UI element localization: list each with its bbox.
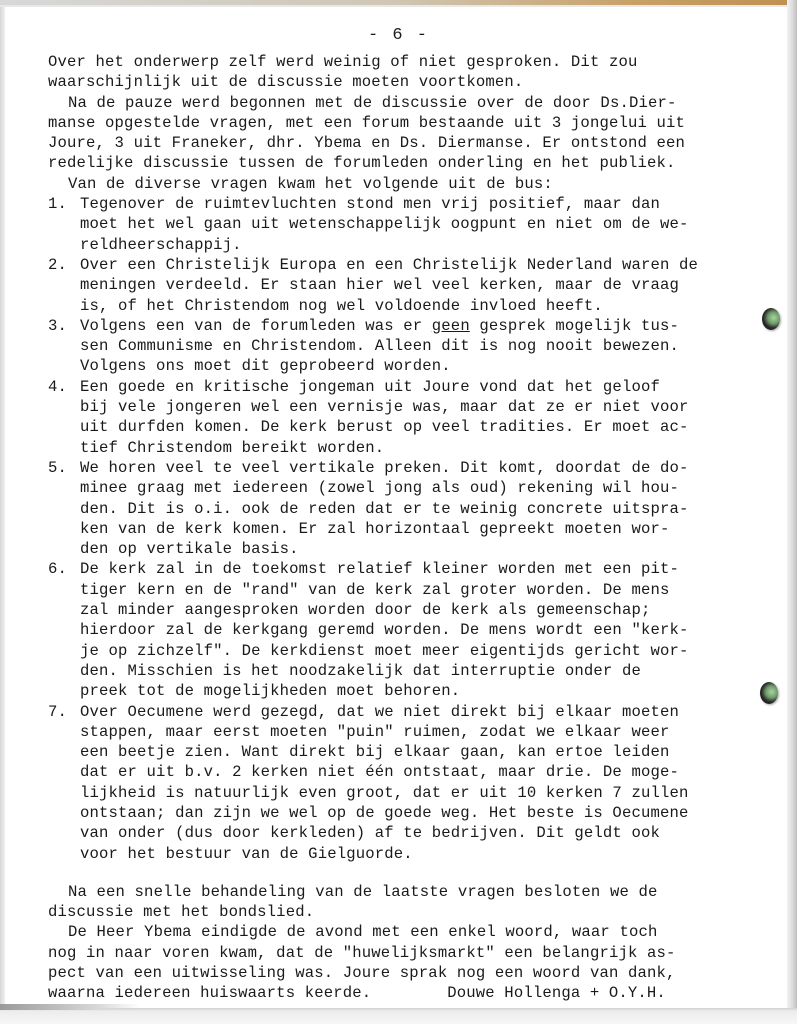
text-line: pect van een uitwisseling was. Joure spr… xyxy=(48,963,768,983)
intro-paragraph: Over het onderwerp zelf werd weinig of n… xyxy=(48,52,768,93)
text-line: bij vele jongeren wel een vernisje was, … xyxy=(80,397,768,417)
item-number: 5. xyxy=(48,458,80,559)
text-line: De kerk zal in de toekomst relatief klei… xyxy=(80,559,768,579)
text-line: dat er uit b.v. 2 kerken niet één ontsta… xyxy=(80,762,768,782)
questions-intro: Van de diverse vragen kwam het volgende … xyxy=(48,174,768,194)
text-line: den op vertikale basis. xyxy=(80,539,768,559)
text-line: Volgens ons moet dit geprobeerd worden. xyxy=(80,356,768,376)
item-number: 3. xyxy=(48,316,80,377)
item-number: 2. xyxy=(48,255,80,316)
item-number: 4. xyxy=(48,377,80,458)
text-line: Tegenover de ruimtevluchten stond men vr… xyxy=(80,194,768,214)
text-line: We horen veel te veel vertikale preken. … xyxy=(80,458,768,478)
text-line: den. Dit is o.i. ook de reden dat er te … xyxy=(80,499,768,519)
page-number: - 6 - xyxy=(0,26,797,45)
text-line: moet het wel gaan uit wetenschappelijk o… xyxy=(80,214,768,234)
page-corner-curl xyxy=(0,1004,140,1010)
text-line: tief Christendom bereikt worden. xyxy=(80,438,768,458)
text-line: uit durfden komen. De kerk berust op vee… xyxy=(80,417,768,437)
text-line: stappen, maar eerst moeten "puin" ruimen… xyxy=(80,722,768,742)
text-line: nog in naar voren kwam, dat de "huwelijk… xyxy=(48,943,768,963)
text-line: Joure, 3 uit Franeker, dhr. Ybema en Ds.… xyxy=(48,133,768,153)
text-line: Over een Christelijk Europa en een Chris… xyxy=(80,255,768,275)
text-line: tiger kern en de "rand" van de kerk zal … xyxy=(80,580,768,600)
list-item: 3. Volgens een van de forumleden was er … xyxy=(48,316,768,377)
list-item: 7. Over Oecumene werd gezegd, dat we nie… xyxy=(48,702,768,864)
item-number: 1. xyxy=(48,194,80,255)
text-line: hierdoor zal de kerkgang geremd worden. … xyxy=(80,620,768,640)
text-line: manse opgestelde vragen, met een forum b… xyxy=(48,113,768,133)
text-line: Volgens een van de forumleden was er gee… xyxy=(80,316,768,336)
text-line: waarna iedereen huiswaarts keerde.Douwe … xyxy=(48,983,768,1003)
underlined-word: geen xyxy=(432,317,470,335)
paragraph-gap xyxy=(48,864,768,882)
text-line: een beetje zien. Want direkt bij elkaar … xyxy=(80,742,768,762)
text-line: reldheerschappij. xyxy=(80,235,768,255)
text-line: van onder (dus door kerkleden) af te bed… xyxy=(80,823,768,843)
text-line: je op zichzelf". De kerkdienst moet meer… xyxy=(80,641,768,661)
list-item: 6. De kerk zal in de toekomst relatief k… xyxy=(48,559,768,701)
signature: Douwe Hollenga + O.Y.H. xyxy=(447,984,666,1002)
questions-list: 1. Tegenover de ruimtevluchten stond men… xyxy=(48,194,768,864)
text-span: Volgens een van de forumleden was er xyxy=(80,317,432,335)
text-line: Over het onderwerp zelf werd weinig of n… xyxy=(48,52,768,72)
page-right-edge xyxy=(787,0,797,1010)
text-line: den. Misschien is het noodzakelijk dat i… xyxy=(80,661,768,681)
page-bottom-edge xyxy=(0,1008,797,1024)
text-line: De Heer Ybema eindigde de avond met een … xyxy=(48,922,768,942)
closing-paragraph: Na een snelle behandeling van de laatste… xyxy=(48,882,768,923)
text-line: minee graag met iedereen (zowel jong als… xyxy=(80,478,768,498)
item-number: 7. xyxy=(48,702,80,864)
text-line: is, of het Christendom nog wel voldoende… xyxy=(80,296,768,316)
text-line: Een goede en kritische jongeman uit Jour… xyxy=(80,377,768,397)
item-number: 6. xyxy=(48,559,80,701)
page-left-edge xyxy=(0,0,5,1024)
text-line: redelijke discussie tussen de forumleden… xyxy=(48,153,768,173)
text-line: ken van de kerk komen. Er zal horizontaa… xyxy=(80,519,768,539)
text-line: Na een snelle behandeling van de laatste… xyxy=(48,882,768,902)
text-line: ontstaan; dan zijn we wel op de goede we… xyxy=(80,803,768,823)
list-item: 4. Een goede en kritische jongeman uit J… xyxy=(48,377,768,458)
text-line: sen Communisme en Christendom. Alleen di… xyxy=(80,336,768,356)
forum-paragraph: Na de pauze werd begonnen met de discuss… xyxy=(48,93,768,174)
list-item: 1. Tegenover de ruimtevluchten stond men… xyxy=(48,194,768,255)
text-line: zal minder aangesproken worden door de k… xyxy=(80,600,768,620)
text-span: gesprek mogelijk tus- xyxy=(470,317,679,335)
text-line: voor het bestuur van de Gielguorde. xyxy=(80,844,768,864)
text-line: discussie met het bondslied. xyxy=(48,902,768,922)
list-item: 2. Over een Christelijk Europa en een Ch… xyxy=(48,255,768,316)
text-line: meningen verdeeld. Er staan hier wel vee… xyxy=(80,275,768,295)
document-body: Over het onderwerp zelf werd weinig of n… xyxy=(48,52,768,1004)
final-paragraph: De Heer Ybema eindigde de avond met een … xyxy=(48,922,768,1003)
list-item: 5. We horen veel te veel vertikale preke… xyxy=(48,458,768,559)
page-top-shadow xyxy=(0,5,797,7)
text-line: waarschijnlijk uit de discussie moeten v… xyxy=(48,72,768,92)
text-line: Over Oecumene werd gezegd, dat we niet d… xyxy=(80,702,768,722)
text-line: lijkheid is natuurlijk even groot, dat e… xyxy=(80,783,768,803)
text-line: preek tot de mogelijkheden moet behoren. xyxy=(80,681,768,701)
text-span: waarna iedereen huiswaarts keerde. xyxy=(48,984,371,1002)
text-line: Na de pauze werd begonnen met de discuss… xyxy=(48,93,768,113)
